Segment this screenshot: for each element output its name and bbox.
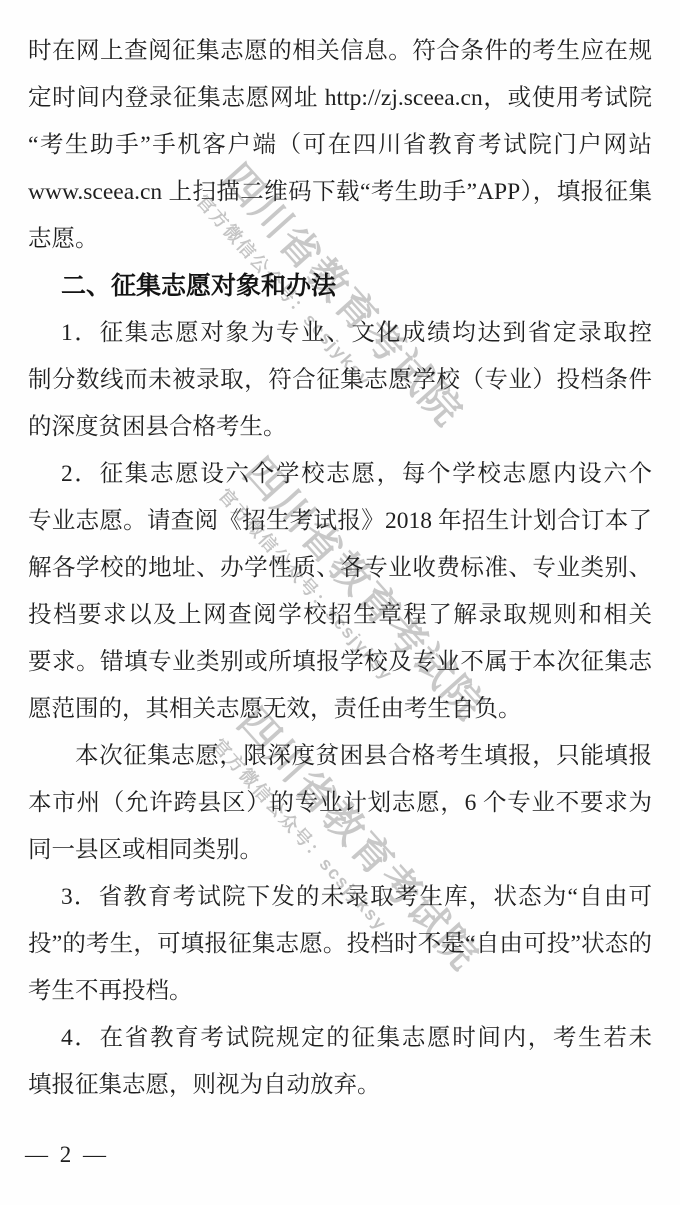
text-line: “考生助手”手机客户端（可在四川省教育考试院门户网站 <box>28 122 652 169</box>
text-line: 投”的考生，可填报征集志愿。投档时不是“自由可投”状态的 <box>28 921 652 968</box>
section-heading: 二、征集志愿对象和办法 <box>28 263 652 310</box>
document-content: 时在网上查阅征集志愿的相关信息。符合条件的考生应在规定时间内登录征集志愿网址 h… <box>28 28 652 1109</box>
text-line: 3．省教育考试院下发的未录取考生库，状态为“自由可 <box>28 874 652 921</box>
text-line: 4．在省教育考试院规定的征集志愿时间内，考生若未 <box>28 1015 652 1062</box>
page-number: — 2 — <box>25 1138 109 1172</box>
text-line: 解各学校的地址、办学性质、各专业收费标准、专业类别、 <box>28 545 652 592</box>
text-line: 投档要求以及上网查阅学校招生章程了解录取规则和相关 <box>28 592 652 639</box>
text-line: www.sceea.cn 上扫描二维码下载“考生助手”APP），填报征集 <box>28 169 652 216</box>
text-line: 填报征集志愿，则视为自动放弃。 <box>28 1062 652 1109</box>
text-line: 志愿。 <box>28 216 652 263</box>
text-line: 本市州（允许跨县区）的专业计划志愿，6 个专业不要求为 <box>28 780 652 827</box>
document-page: 四川省教育考试院 官方微信公众号：scsjyksy 四川省教育考试院 官方微信公… <box>0 0 680 1205</box>
text-line: 愿范围的，其相关志愿无效，责任由考生自负。 <box>28 686 652 733</box>
text-line: 时在网上查阅征集志愿的相关信息。符合条件的考生应在规 <box>28 28 652 75</box>
text-line: 的深度贫困县合格考生。 <box>28 404 652 451</box>
text-line: 要求。错填专业类别或所填报学校及专业不属于本次征集志 <box>28 639 652 686</box>
text-line: 制分数线而未被录取，符合征集志愿学校（专业）投档条件 <box>28 357 652 404</box>
text-line: 同一县区或相同类别。 <box>28 827 652 874</box>
text-line: 2．征集志愿设六个学校志愿，每个学校志愿内设六个 <box>28 451 652 498</box>
text-line: 考生不再投档。 <box>28 968 652 1015</box>
text-line: 专业志愿。请查阅《招生考试报》2018 年招生计划合订本了 <box>28 498 652 545</box>
text-line: 1．征集志愿对象为专业、文化成绩均达到省定录取控 <box>28 310 652 357</box>
text-line: 定时间内登录征集志愿网址 http://zj.sceea.cn，或使用考试院 <box>28 75 652 122</box>
text-line: 本次征集志愿，限深度贫困县合格考生填报，只能填报 <box>28 733 652 780</box>
